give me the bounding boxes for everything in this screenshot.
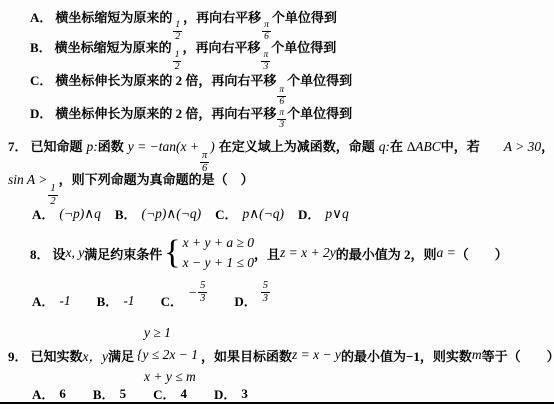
option-label: A． bbox=[30, 10, 52, 25]
q8-option-a: A．-1 bbox=[32, 291, 71, 310]
q9-option-b: B．5 bbox=[93, 384, 129, 403]
option-value: 4 bbox=[180, 386, 187, 402]
stem-text: 中，若 bbox=[441, 139, 480, 154]
system-brace: { bbox=[164, 238, 180, 269]
q6-option-c: C．横坐标伸长为原来的 2 倍，再向右平移π6个单位得到 bbox=[30, 70, 352, 106]
option-text: 横坐标伸长为原来的 2 倍，再向右平移 bbox=[55, 106, 276, 121]
page-bottom-rule bbox=[0, 402, 554, 404]
option-value: p∧(¬q) bbox=[243, 206, 284, 222]
q6-option-b: B．横坐标缩短为原来的12，再向右平移π3个单位得到 bbox=[30, 37, 336, 73]
option-label: C． bbox=[215, 204, 237, 223]
fraction: 53 bbox=[261, 280, 270, 305]
option-label: A． bbox=[32, 291, 54, 310]
question-number: 7． bbox=[8, 139, 28, 154]
option-value: (¬p)∧(¬q) bbox=[142, 206, 202, 222]
constraint-line: x − y + 1 ≤ 0 bbox=[183, 253, 254, 273]
stem-text: 设 bbox=[53, 244, 66, 263]
math-xy: x，y bbox=[83, 345, 108, 365]
math-p: p: bbox=[87, 139, 98, 154]
constraint-system: x + y + a ≥ 0 x − y + 1 ≤ 0 bbox=[183, 233, 254, 274]
question-number: 9． bbox=[8, 346, 28, 365]
q9-option-c: C．4 bbox=[153, 384, 190, 403]
stem-text: 的最小值为 2，则 bbox=[336, 244, 437, 263]
stem-text: 在 bbox=[390, 139, 403, 154]
option-label: B． bbox=[30, 40, 52, 55]
option-text: 横坐标缩短为原来的 bbox=[55, 10, 172, 25]
option-value: 5 bbox=[120, 386, 127, 402]
q7-options-row: A．(¬p)∧q B．(¬p)∧(¬q) C．p∧(¬q) D．p∨q bbox=[32, 204, 363, 223]
option-value: 3 bbox=[241, 386, 248, 402]
math-inequality: A > 30 bbox=[504, 139, 541, 154]
document-page: A．横坐标缩短为原来的12，再向右平移π6个单位得到 B．横坐标缩短为原来的12… bbox=[0, 0, 554, 409]
option-label: B． bbox=[93, 384, 115, 403]
stem-text: 已知实数 bbox=[31, 346, 83, 365]
q7-stem-line2: sin A >12，则下列命题为真命题的是（ ） bbox=[8, 169, 254, 208]
math-paren: ) bbox=[210, 139, 215, 154]
math-q: q: bbox=[379, 139, 390, 154]
option-label: D． bbox=[298, 204, 320, 223]
q9-stem: 9．已知实数 x，y满足 y ≥ 1 {y ≤ 2x − 1 x + y ≤ m… bbox=[8, 322, 554, 388]
option-label: A． bbox=[32, 204, 54, 223]
stem-text: 函数 bbox=[98, 139, 124, 154]
option-text: ，再向右平移 bbox=[183, 10, 261, 25]
option-value: 6 bbox=[59, 386, 66, 402]
constraint-line-with-brace: {y ≤ 2x − 1 bbox=[137, 344, 198, 366]
fraction: π3 bbox=[277, 108, 286, 131]
option-label: A． bbox=[32, 384, 54, 403]
stem-text: 已知命题 bbox=[31, 139, 83, 154]
q8-options-row: A．-1 B．-1 C．−53 D．53 bbox=[32, 288, 297, 313]
option-value: (¬p)∧q bbox=[59, 206, 100, 222]
math-triangle-abc: ∆ABC bbox=[407, 139, 441, 154]
constraint-system: y ≥ 1 {y ≤ 2x − 1 x + y ≤ m bbox=[137, 322, 198, 388]
q7-option-d: D．p∨q bbox=[298, 204, 349, 223]
math-a-equals: a = bbox=[436, 245, 455, 261]
option-value: -1 bbox=[59, 293, 70, 309]
q9-option-a: A．6 bbox=[32, 384, 69, 403]
q8-stem: 8．设 x, y满足约束条件 { x + y + a ≥ 0 x − y + 1… bbox=[30, 233, 508, 274]
math-objective: z = x + 2y bbox=[280, 245, 336, 261]
option-label: B． bbox=[97, 291, 119, 310]
q8-option-b: B．-1 bbox=[97, 291, 135, 310]
q9-option-d: D．3 bbox=[214, 384, 251, 403]
option-value: -1 bbox=[123, 293, 134, 309]
option-text: 横坐标伸长为原来的 2 倍，再向右平移 bbox=[55, 73, 276, 88]
constraint-line: y ≥ 1 bbox=[144, 322, 198, 344]
math-xy: x, y bbox=[66, 245, 85, 261]
option-text: 个单位得到 bbox=[271, 40, 336, 55]
q7-option-a: A．(¬p)∧q bbox=[32, 204, 101, 223]
fraction: 53 bbox=[198, 280, 207, 305]
answer-parens: （ ） bbox=[456, 244, 508, 263]
q7-option-c: C．p∧(¬q) bbox=[215, 204, 284, 223]
question-number: 8． bbox=[30, 244, 50, 263]
minus-sign: − bbox=[188, 285, 197, 301]
q8-option-c: C．−53 bbox=[161, 288, 209, 313]
math-sin: sin A > bbox=[8, 172, 47, 187]
q9-options-row: A．6 B．5 C．4 D．3 bbox=[32, 384, 275, 403]
stem-text: ，且 bbox=[254, 244, 280, 263]
math-objective: z = x − y bbox=[292, 347, 341, 363]
stem-text: 的最小值为−1，则实数 bbox=[341, 346, 472, 365]
option-label: C． bbox=[153, 384, 175, 403]
option-label: D． bbox=[214, 384, 236, 403]
answer-parens: 等于（ ） bbox=[482, 346, 554, 365]
stem-text: ，则下列命题为真命题的是（ ） bbox=[59, 172, 254, 187]
option-text: 个单位得到 bbox=[287, 73, 352, 88]
stem-text: 满足约束条件 bbox=[84, 244, 162, 263]
option-label: B． bbox=[115, 204, 137, 223]
stem-text: 满足 bbox=[108, 346, 134, 365]
option-label: D． bbox=[234, 291, 256, 310]
option-text: ，再向右平移 bbox=[182, 40, 260, 55]
option-label: D． bbox=[30, 106, 52, 121]
option-text: 个单位得到 bbox=[272, 10, 337, 25]
option-value: p∨q bbox=[325, 206, 348, 222]
option-label: C． bbox=[161, 291, 183, 310]
stem-text: ，则 bbox=[541, 139, 554, 154]
option-label: C． bbox=[30, 73, 52, 88]
q8-option-d: D．53 bbox=[234, 288, 271, 313]
stem-text: ，如果目标函数 bbox=[201, 346, 292, 365]
q7-option-b: B．(¬p)∧(¬q) bbox=[115, 204, 201, 223]
math-m: m bbox=[472, 347, 482, 363]
constraint-line: x + y + a ≥ 0 bbox=[183, 233, 254, 253]
option-text: 个单位得到 bbox=[287, 106, 352, 121]
q6-option-d: D．横坐标伸长为原来的 2 倍，再向右平移π3个单位得到 bbox=[30, 103, 352, 139]
option-text: 横坐标缩短为原来的 bbox=[55, 40, 172, 55]
math-function: y = −tan(x + bbox=[128, 139, 199, 154]
stem-text: 在定义域上为减函数，命题 bbox=[219, 139, 375, 154]
